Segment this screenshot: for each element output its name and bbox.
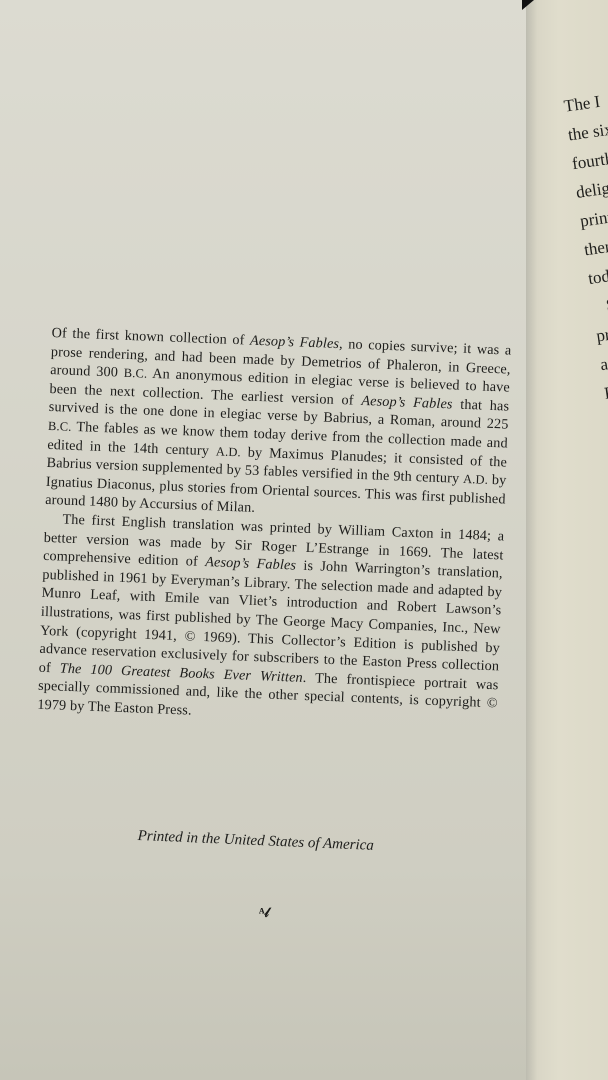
right-line: print — [578, 201, 608, 236]
page-corner-shadow — [522, 0, 534, 10]
text-segment: is John Warrington’s translation, publis… — [38, 558, 503, 677]
book-title-italic: Aesop’s Fables — [250, 333, 340, 352]
right-line: them — [582, 229, 608, 264]
era-abbrev: A.D. — [463, 472, 488, 487]
book-title-italic: Aesop’s Fables — [361, 393, 453, 412]
era-abbrev: A.D. — [216, 444, 241, 459]
colophon-paragraph-2: The first English translation was printe… — [37, 510, 505, 732]
colophon-paragraph-1: Of the first known collection of Aesop’s… — [45, 324, 512, 527]
right-line: toda — [586, 258, 608, 293]
right-line: fourth — [570, 143, 608, 178]
era-abbrev: B.C. — [123, 366, 147, 381]
book-title-italic: Aesop’s Fables — [205, 554, 296, 573]
right-line: delig — [574, 172, 608, 207]
printer-ornament-mark: ᴬ𝓁 — [259, 905, 269, 921]
era-abbrev: B.C. — [48, 419, 72, 434]
colophon-text-block: Of the first known collection of Aesop’s… — [37, 324, 512, 732]
